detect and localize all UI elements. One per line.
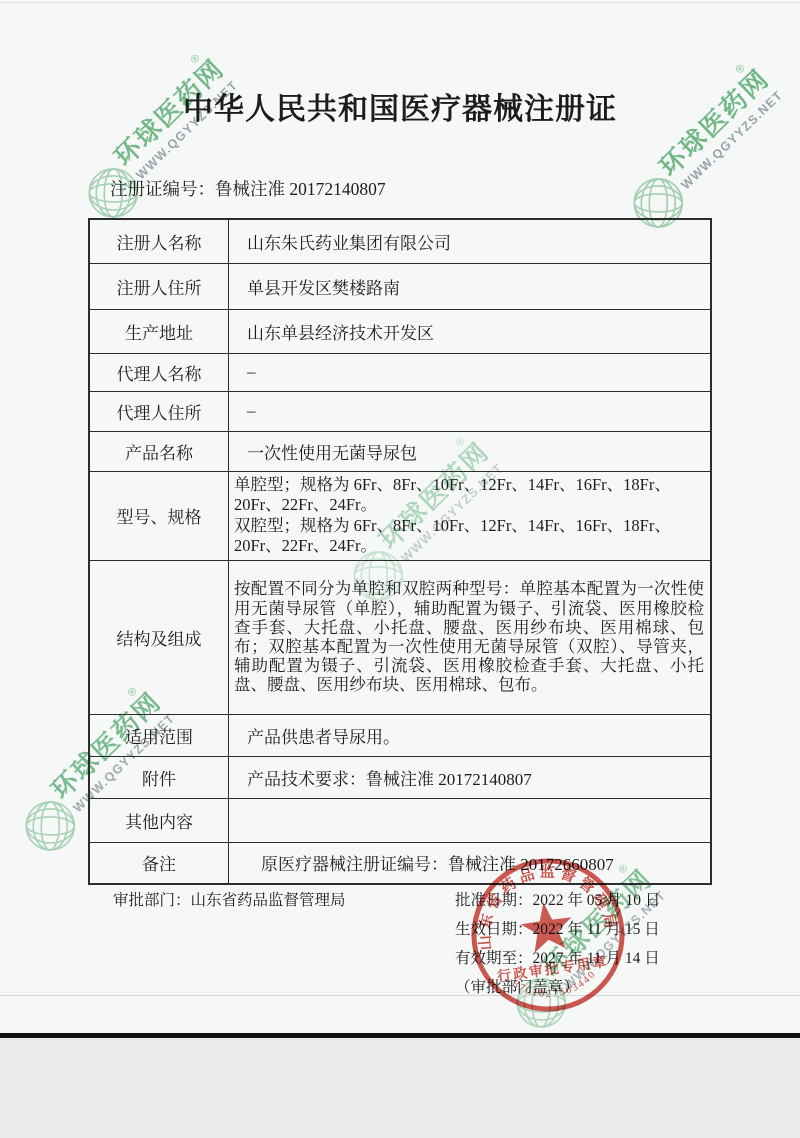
table-row: 注册人名称山东朱氏药业集团有限公司	[89, 219, 711, 263]
field-label: 适用范围	[89, 714, 229, 756]
top-scan-edge	[0, 2, 800, 3]
table-row: 代理人住所–	[89, 391, 711, 431]
field-value: 产品供患者导尿用。	[229, 714, 712, 756]
field-value: –	[229, 391, 712, 431]
table-row: 其他内容	[89, 798, 711, 842]
field-value: 山东单县经济技术开发区	[229, 309, 712, 353]
field-label: 生产地址	[89, 309, 229, 353]
field-value: 按配置不同分为单腔和双腔两种型号：单腔基本配置为一次性使用无菌导尿管（单腔），辅…	[229, 560, 712, 714]
scan-black-bar	[0, 1033, 800, 1038]
scan-bottom-band	[0, 1038, 800, 1138]
field-label: 型号、规格	[89, 471, 229, 560]
field-label: 注册人住所	[89, 263, 229, 309]
field-label: 产品名称	[89, 431, 229, 471]
field-value: 山东朱氏药业集团有限公司	[229, 219, 712, 263]
field-label: 代理人名称	[89, 353, 229, 391]
registration-number-line: 注册证编号：鲁械注准 20172140807	[110, 176, 386, 201]
watermark: 环球医药网 ® WWW.QGYYZS.NET	[595, 39, 800, 246]
table-row: 产品名称一次性使用无菌导尿包	[89, 431, 711, 471]
table-row: 型号、规格单腔型；规格为 6Fr、8Fr、10Fr、12Fr、14Fr、16Fr…	[89, 471, 711, 560]
field-label: 结构及组成	[89, 560, 229, 714]
table-row: 代理人名称–	[89, 353, 711, 391]
seal-note: （审批部门盖章）	[455, 975, 579, 997]
table-row: 适用范围产品供患者导尿用。	[89, 714, 711, 756]
field-value	[229, 798, 712, 842]
globe-icon	[2, 778, 98, 869]
field-value: 一次性使用无菌导尿包	[229, 431, 712, 471]
table-row: 附件产品技术要求：鲁械注准 20172140807	[89, 756, 711, 798]
table-row: 备注原医疗器械注册证编号：鲁械注准 20172660807	[89, 842, 711, 884]
field-label: 注册人名称	[89, 219, 229, 263]
expiry-date: 有效期至：2027 年 11 月 14 日	[455, 946, 660, 968]
field-value: –	[229, 353, 712, 391]
registered-mark-icon: ®	[733, 62, 747, 76]
table-row: 注册人住所单县开发区樊楼路南	[89, 263, 711, 309]
certificate-page: 中华人民共和国医疗器械注册证 注册证编号：鲁械注准 20172140807 注册…	[0, 0, 800, 1138]
footer-divider	[0, 995, 800, 996]
field-value: 原医疗器械注册证编号：鲁械注准 20172660807	[229, 842, 712, 884]
field-value: 产品技术要求：鲁械注准 20172140807	[229, 756, 712, 798]
approve-date: 批准日期：2022 年 05 月 10 日	[455, 888, 660, 910]
field-label: 其他内容	[89, 798, 229, 842]
effective-date: 生效日期：2022 年 11 月 15 日	[455, 917, 660, 939]
field-label: 代理人住所	[89, 391, 229, 431]
watermark: 环球医药网 ® WWW.QGYYZS.NET	[50, 29, 260, 236]
table-row: 生产地址山东单县经济技术开发区	[89, 309, 711, 353]
field-label: 备注	[89, 842, 229, 884]
field-value: 单县开发区樊楼路南	[229, 263, 712, 309]
registration-table: 注册人名称山东朱氏药业集团有限公司注册人住所单县开发区樊楼路南生产地址山东单县经…	[88, 218, 712, 885]
table-row: 结构及组成按配置不同分为单腔和双腔两种型号：单腔基本配置为一次性使用无菌导尿管（…	[89, 560, 711, 714]
field-label: 附件	[89, 756, 229, 798]
approval-department: 审批部门：山东省药品监督管理局	[113, 888, 346, 910]
registered-mark-icon: ®	[188, 52, 202, 66]
field-value: 单腔型；规格为 6Fr、8Fr、10Fr、12Fr、14Fr、16Fr、18Fr…	[229, 471, 712, 560]
page-title: 中华人民共和国医疗器械注册证	[0, 84, 800, 128]
